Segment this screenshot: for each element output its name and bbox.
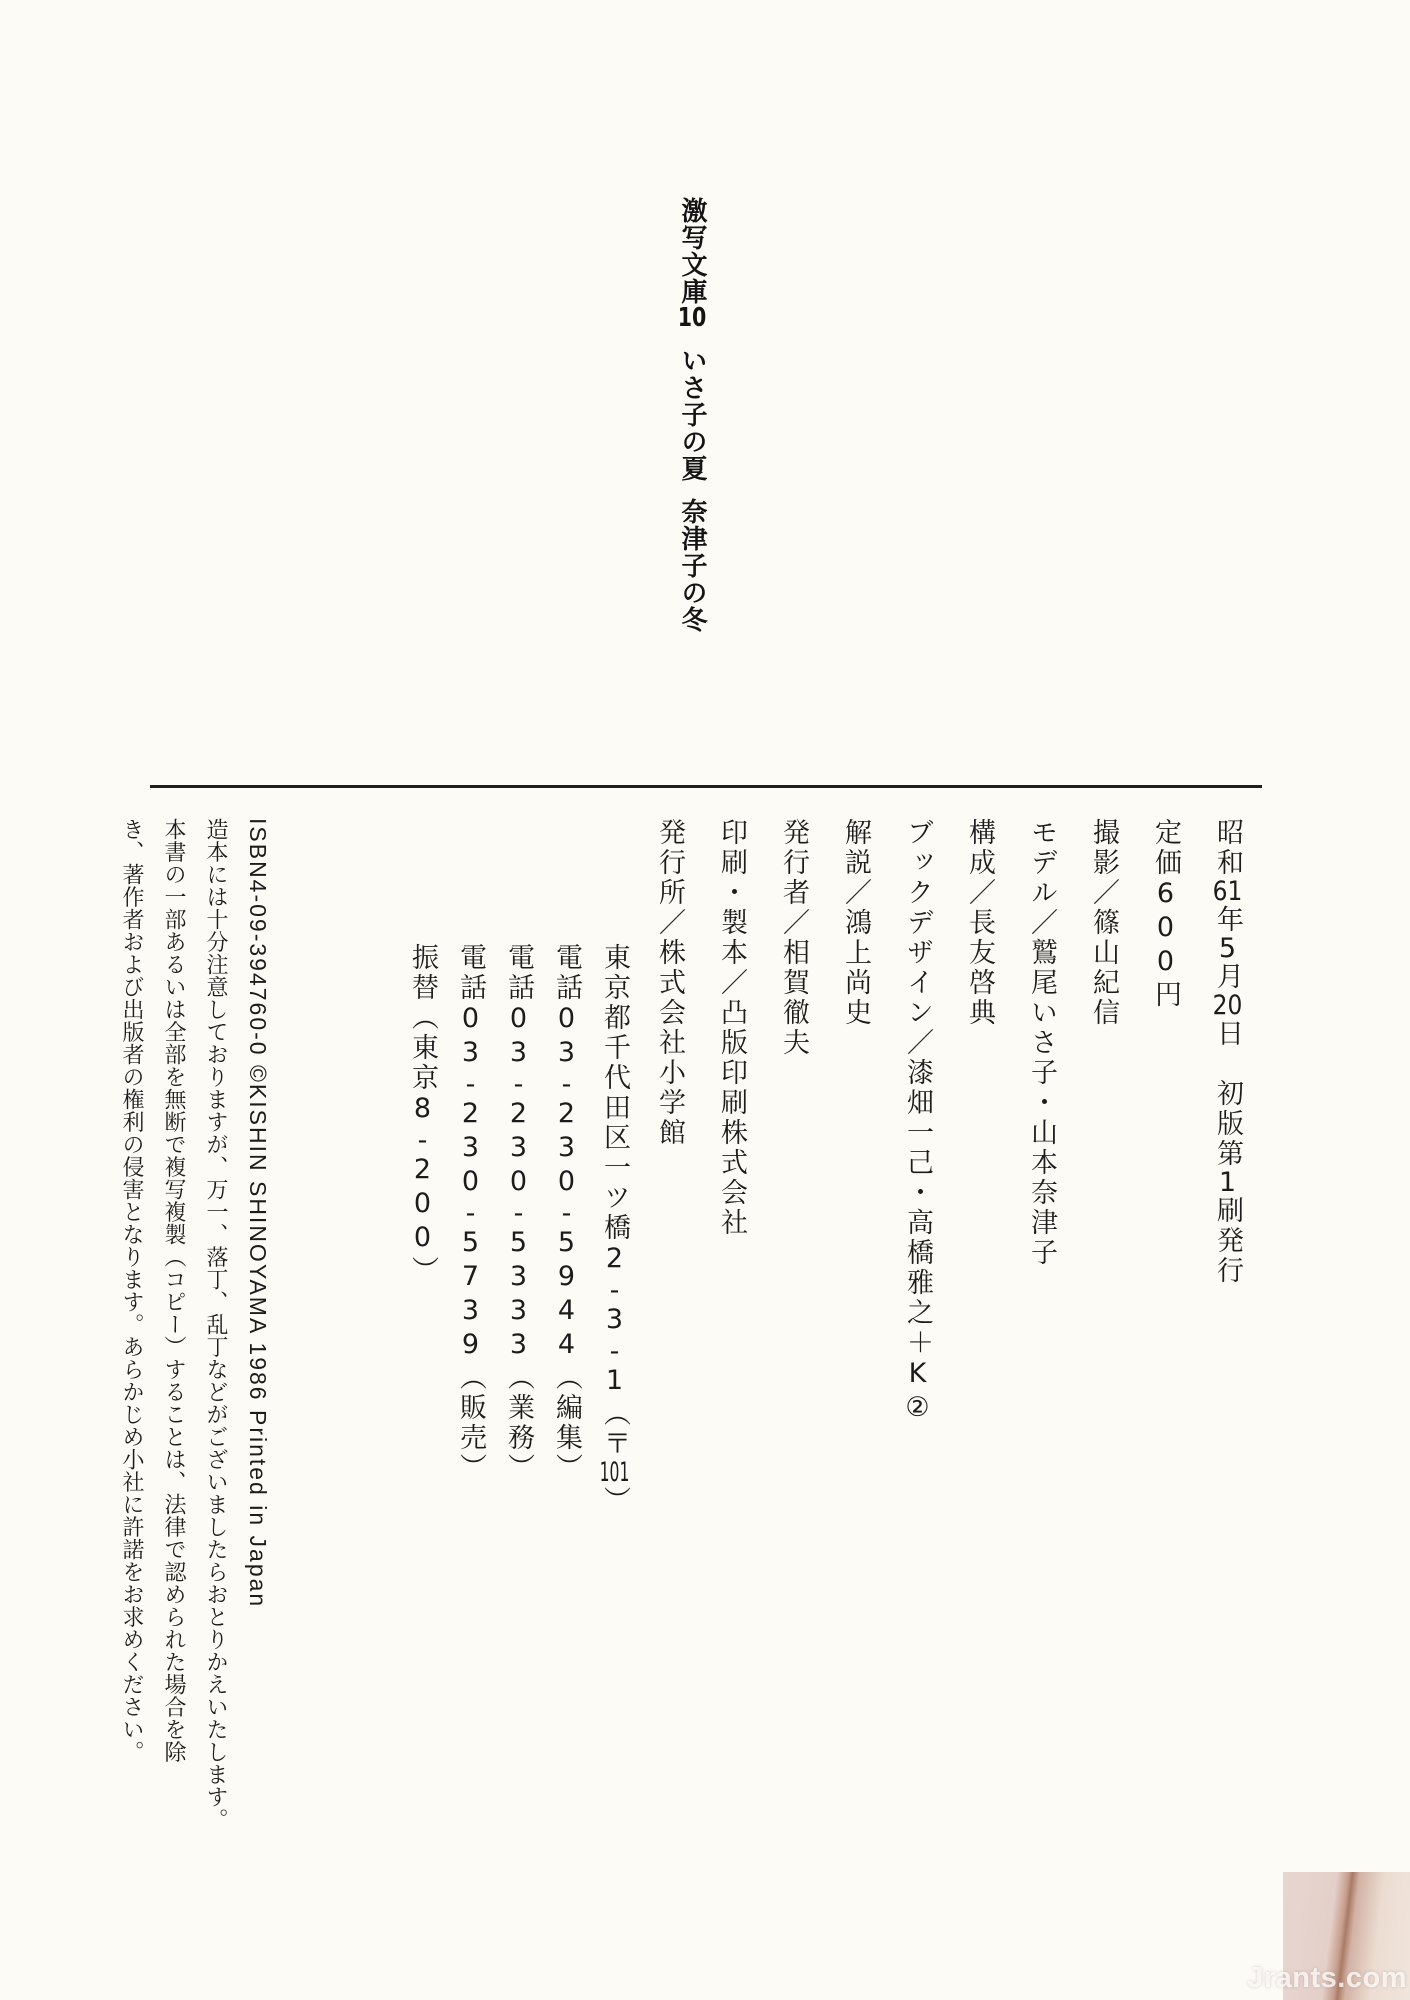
text-segment: - — [503, 1071, 534, 1098]
text-segment: 振替（東京8 — [407, 943, 438, 1127]
colophon-column-edition-date: 昭和61年5月20日 初版第1刷発行 — [1196, 818, 1258, 1828]
text-segment: - — [599, 1277, 630, 1304]
text-segment: - — [407, 1127, 438, 1154]
text-segment: モデル／鷲尾いさ子・山本奈津子 — [1026, 818, 1057, 1268]
text-segment: 激写文庫 — [677, 197, 707, 305]
text-segment: 定価600円 — [1150, 818, 1181, 1010]
text-segment: 刷発行 — [1212, 1196, 1243, 1286]
text-segment: 東京都千代田区一ツ橋2 — [599, 943, 630, 1277]
text-segment: - — [599, 1338, 630, 1365]
colophon-column-photographer: 撮影／篠山紀信 — [1072, 818, 1134, 1828]
text-segment: 5333（業務） — [503, 1227, 534, 1483]
text-segment: 3 — [599, 1304, 630, 1338]
colophon-column-phone-sales: 電話03-230-5739（販売） — [446, 818, 494, 1828]
colophon-column-composition: 構成／長友啓典 — [948, 818, 1010, 1828]
text-segment: 印刷・製本／凸版印刷株式会社 — [716, 818, 747, 1238]
colophon-column-notice-1: 造本には十分注意しておりますが、万一、落丁、乱丁などがございましたらおとりかえい… — [194, 818, 236, 1828]
text-segment: 発行所／株式会社小学館 — [654, 818, 685, 1148]
colophon-column-postal-transfer: 振替（東京8-200） — [398, 818, 446, 1828]
colophon-page: 激写文庫10いさ子の夏奈津子の冬 昭和61年5月20日 初版第1刷発行定価600… — [0, 0, 1410, 2000]
text-segment: 20 — [1212, 992, 1243, 1019]
text-segment: 撮影／篠山紀信 — [1088, 818, 1119, 1028]
text-segment: 5 — [1212, 935, 1243, 962]
text-segment: 5739（販売） — [455, 1227, 486, 1483]
text-segment: 発行者／相賀徹夫 — [778, 818, 809, 1058]
text-segment: 230 — [551, 1098, 582, 1200]
text-segment: - — [455, 1071, 486, 1098]
text-segment: 1（〒 — [599, 1365, 630, 1459]
text-segment: - — [551, 1200, 582, 1227]
colophon-column-isbn-copyright: ISBN4-09-394760-0 ©KISHIN SHINOYAMA 1986… — [236, 818, 280, 1828]
colophon-column-commentary: 解説／鴻上尚史 — [824, 818, 886, 1828]
colophon-column-publisher-person: 発行者／相賀徹夫 — [762, 818, 824, 1828]
text-segment: 月 — [1212, 962, 1243, 992]
colophon: 昭和61年5月20日 初版第1刷発行定価600円撮影／篠山紀信モデル／鷲尾いさ子… — [110, 818, 1258, 1828]
colophon-column-notice-3: き、著作者および出版者の権利の侵害となります。あらかじめ小社に許諾をお求めくださ… — [110, 818, 152, 1828]
book-title: 激写文庫10いさ子の夏奈津子の冬 — [674, 197, 711, 647]
text-segment: 5944（編集） — [551, 1227, 582, 1483]
text-segment: 61 — [1212, 878, 1243, 905]
text-segment: 解説／鴻上尚史 — [840, 818, 871, 1028]
text-segment: 電話03 — [503, 943, 534, 1071]
text-segment: 101 — [599, 1459, 630, 1486]
colophon-column-publishing-house: 発行所／株式会社小学館 — [638, 818, 700, 1828]
text-segment: ） — [599, 1486, 630, 1516]
colophon-column-address: 東京都千代田区一ツ橋2-3-1（〒101） — [590, 818, 638, 1828]
text-segment: 年 — [1212, 905, 1243, 935]
text-segment: いさ子の夏 — [677, 347, 707, 482]
text-segment: 230 — [455, 1098, 486, 1200]
colophon-column-notice-2: 本書の一部あるいは全部を無断で複写複製（コピー）することは、法律で認められた場合… — [152, 818, 194, 1828]
text-segment: 1 — [1212, 1169, 1243, 1196]
text-segment: - — [503, 1200, 534, 1227]
text-segment: ブックデザイン／漆畑一己・高橋雅之＋K② — [902, 818, 933, 1426]
text-segment: 230 — [503, 1098, 534, 1200]
text-segment: 日 初版第 — [1212, 1019, 1243, 1169]
text-segment: - — [455, 1200, 486, 1227]
colophon-divider-rule — [150, 785, 1262, 788]
colophon-column-printing-binding: 印刷・製本／凸版印刷株式会社 — [700, 818, 762, 1828]
text-segment: - — [551, 1071, 582, 1098]
text-segment: 200） — [407, 1154, 438, 1286]
text-segment: 奈津子の冬 — [677, 498, 707, 633]
text-segment: 構成／長友啓典 — [964, 818, 995, 1028]
text-segment: 昭和 — [1212, 818, 1243, 878]
colophon-column-price: 定価600円 — [1134, 818, 1196, 1828]
site-watermark: Jrants.com — [1247, 1962, 1407, 1995]
colophon-column-phone-business: 電話03-230-5333（業務） — [494, 818, 542, 1828]
text-segment: 10 — [677, 305, 707, 331]
text-segment: 電話03 — [551, 943, 582, 1071]
colophon-column-phone-editing: 電話03-230-5944（編集） — [542, 818, 590, 1828]
colophon-column-book-design: ブックデザイン／漆畑一己・高橋雅之＋K② — [886, 818, 948, 1828]
colophon-column-models: モデル／鷲尾いさ子・山本奈津子 — [1010, 818, 1072, 1828]
text-segment: 電話03 — [455, 943, 486, 1071]
